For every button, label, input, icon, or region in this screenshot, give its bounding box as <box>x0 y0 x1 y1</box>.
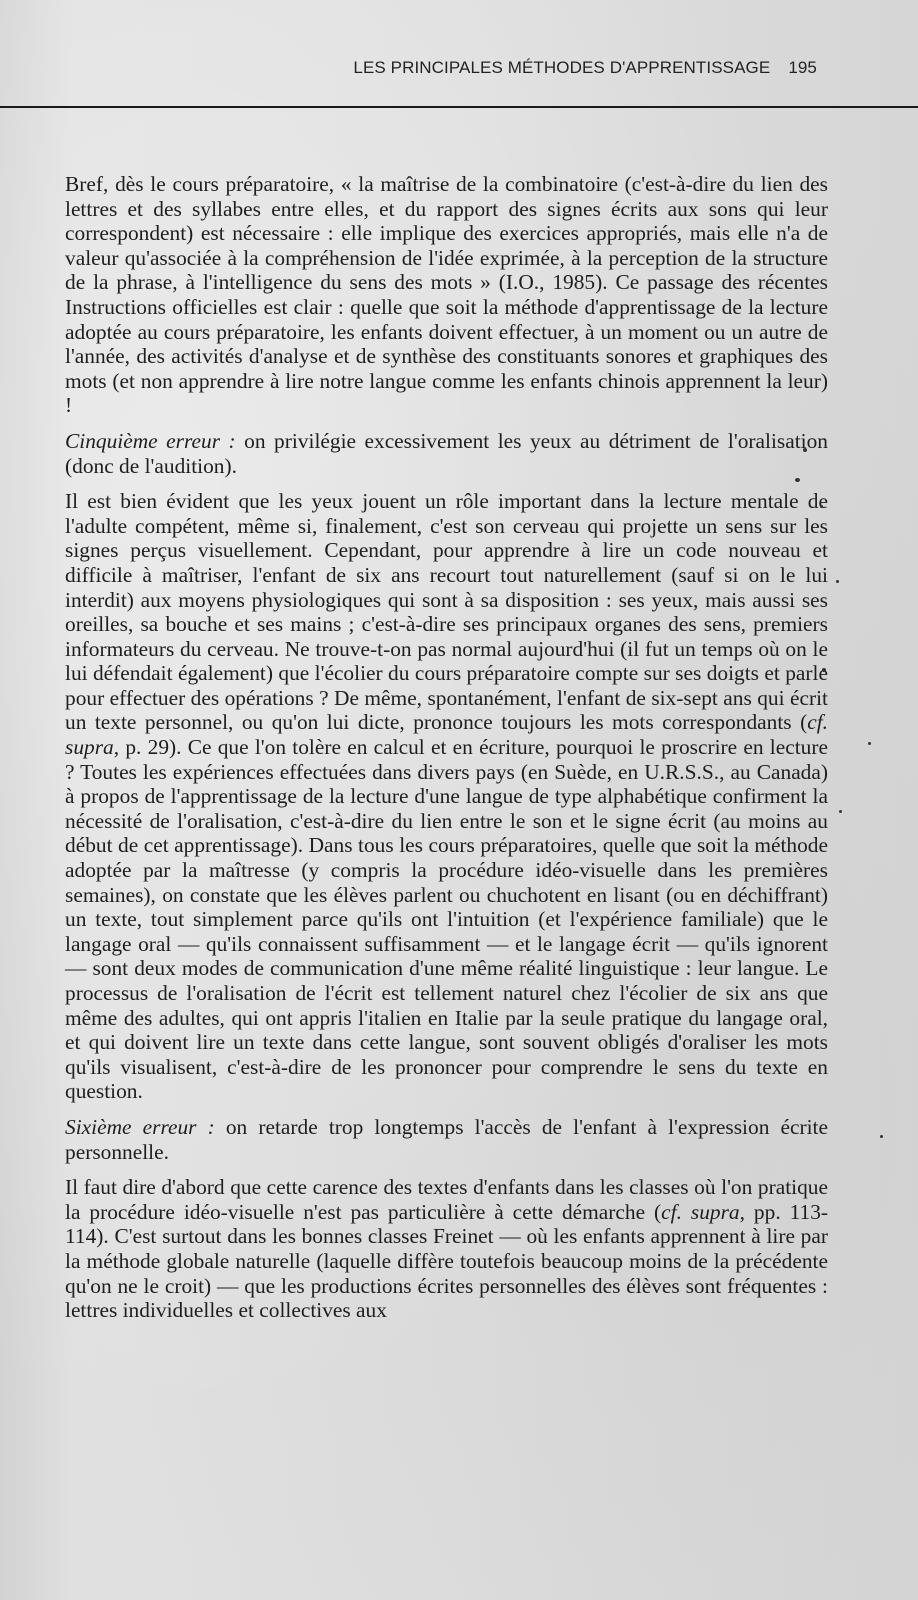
paragraph-text: Bref, dès le cours préparatoire, « la ma… <box>65 172 828 417</box>
paragraph-text: , p. 29). Ce que l'on tolère en calcul e… <box>65 735 828 1103</box>
paragraph-sixth-error: Sixième erreur : on retarde trop longtem… <box>65 1115 828 1164</box>
paper-speck <box>822 668 826 672</box>
error-heading: Cinquième erreur : <box>65 429 236 453</box>
body-text: Bref, dès le cours préparatoire, « la ma… <box>65 172 828 1334</box>
paragraph-combinatoire: Bref, dès le cours préparatoire, « la ma… <box>65 172 828 418</box>
running-header: LES PRINCIPALES MÉTHODES D'APPRENTISSAGE… <box>353 58 817 78</box>
paper-speck <box>803 448 807 452</box>
paragraph-text: Il est bien évident que les yeux jouent … <box>65 489 828 734</box>
paragraph-fifth-error: Cinquième erreur : on privilégie excessi… <box>65 429 828 478</box>
paper-speck <box>795 478 800 482</box>
paper-speck <box>880 1135 883 1138</box>
header-rule <box>0 106 918 108</box>
running-title: LES PRINCIPALES MÉTHODES D'APPRENTISSAGE <box>353 58 770 78</box>
citation-reference: cf. supra <box>661 1200 739 1224</box>
paper-speck <box>868 742 871 745</box>
paper-speck <box>820 505 823 508</box>
paper-speck <box>839 810 842 813</box>
page-number: 195 <box>788 58 817 78</box>
error-heading: Sixième erreur : <box>65 1115 215 1139</box>
paragraph-oralisation: Il est bien évident que les yeux jouent … <box>65 489 828 1104</box>
paragraph-freinet: Il faut dire d'abord que cette carence d… <box>65 1175 828 1323</box>
paper-speck <box>836 580 839 583</box>
